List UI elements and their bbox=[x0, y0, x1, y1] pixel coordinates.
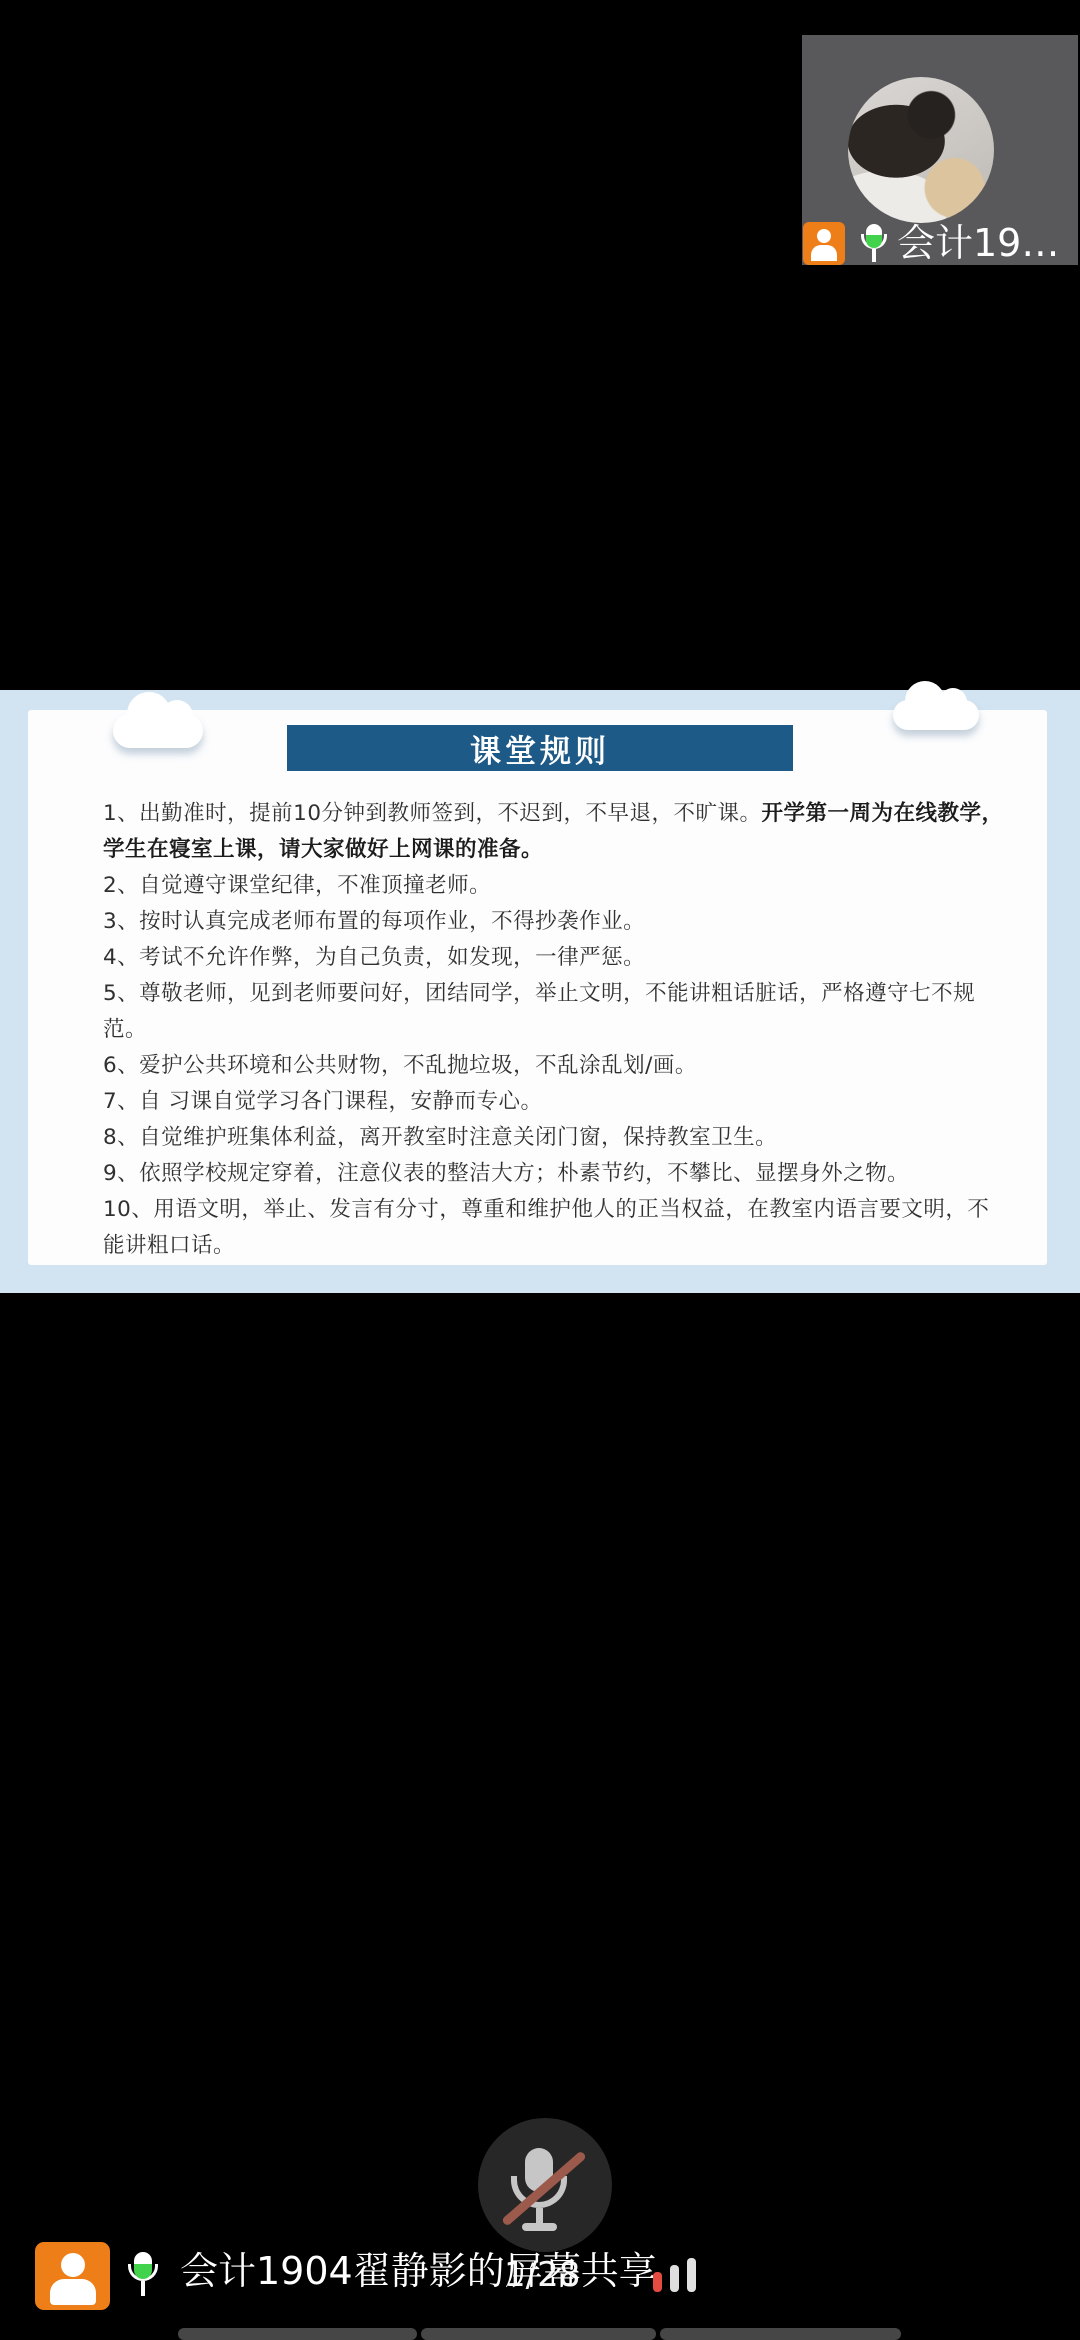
rule-line: 3、按时认真完成老师布置的每项作业，不得抄袭作业。 bbox=[103, 904, 1013, 940]
rule-line: 9、依照学校规定穿着，注意仪表的整洁大方；朴素节约，不攀比、显摆身外之物。 bbox=[103, 1156, 1013, 1192]
taskbar-segment bbox=[660, 2328, 901, 2340]
tile-footer: 会计19… bbox=[803, 221, 1059, 265]
rule-line: 能讲粗口话。 bbox=[103, 1228, 1013, 1264]
rule-line: 学生在寝室上课，请大家做好上网课的准备。 bbox=[103, 832, 1013, 868]
meeting-screen: 课堂规则 1、出勤准时，提前10分钟到教师签到，不迟到，不早退，不旷课。开学第一… bbox=[0, 0, 1080, 2340]
person-icon bbox=[35, 2242, 110, 2310]
signal-strength-icon bbox=[653, 2258, 697, 2292]
rule-line: 10、用语文明，举止、发言有分寸，尊重和维护他人的正当权益，在教室内语言要文明，… bbox=[103, 1192, 1013, 1228]
rule-line: 2、自觉遵守课堂纪律，不准顶撞老师。 bbox=[103, 868, 1013, 904]
slide-card: 课堂规则 1、出勤准时，提前10分钟到教师签到，不迟到，不早退，不旷课。开学第一… bbox=[28, 710, 1047, 1265]
cloud-decoration bbox=[113, 714, 203, 748]
shared-screen-content: 课堂规则 1、出勤准时，提前10分钟到教师签到，不迟到，不早退，不旷课。开学第一… bbox=[0, 690, 1080, 1293]
microphone-muted-button[interactable] bbox=[478, 2118, 612, 2252]
cloud-decoration bbox=[893, 700, 979, 730]
rule-line: 7、自 习课自觉学习各门课程，安静而专心。 bbox=[103, 1084, 1013, 1120]
rule-line: 范。 bbox=[103, 1012, 1013, 1048]
screen-share-status-text: 会计1904翟静影的屏幕共享 bbox=[180, 2249, 657, 2293]
rule-line: 1、出勤准时，提前10分钟到教师签到，不迟到，不早退，不旷课。开学第一周为在线教… bbox=[103, 796, 1013, 832]
rule-line: 5、尊敬老师，见到老师要问好，团结同学，举止文明，不能讲粗话脏话，严格遵守七不规 bbox=[103, 976, 1013, 1012]
taskbar-segment bbox=[178, 2328, 417, 2340]
rule-line: 8、自觉维护班集体利益，离开教室时注意关闭门窗，保持教室卫生。 bbox=[103, 1120, 1013, 1156]
microphone-level-icon bbox=[859, 224, 889, 262]
rules-list: 1、出勤准时，提前10分钟到教师签到，不迟到，不早退，不旷课。开学第一周为在线教… bbox=[103, 796, 1013, 1264]
taskbar-segment bbox=[421, 2328, 656, 2340]
slide-title-banner: 课堂规则 bbox=[287, 725, 793, 771]
person-icon bbox=[803, 222, 845, 265]
page-indicator: 1/28 bbox=[504, 2256, 580, 2294]
microphone-level-icon bbox=[128, 2252, 158, 2296]
participant-video-tile[interactable]: 会计19… bbox=[802, 35, 1078, 265]
rule-line: 6、爱护公共环境和公共财物，不乱抛垃圾，不乱涂乱划/画。 bbox=[103, 1048, 1013, 1084]
participant-name: 会计19… bbox=[897, 221, 1059, 265]
avatar bbox=[848, 77, 994, 223]
slide-title: 课堂规则 bbox=[470, 726, 610, 771]
rule-line: 4、考试不允许作弊，为自己负责，如发现，一律严惩。 bbox=[103, 940, 1013, 976]
